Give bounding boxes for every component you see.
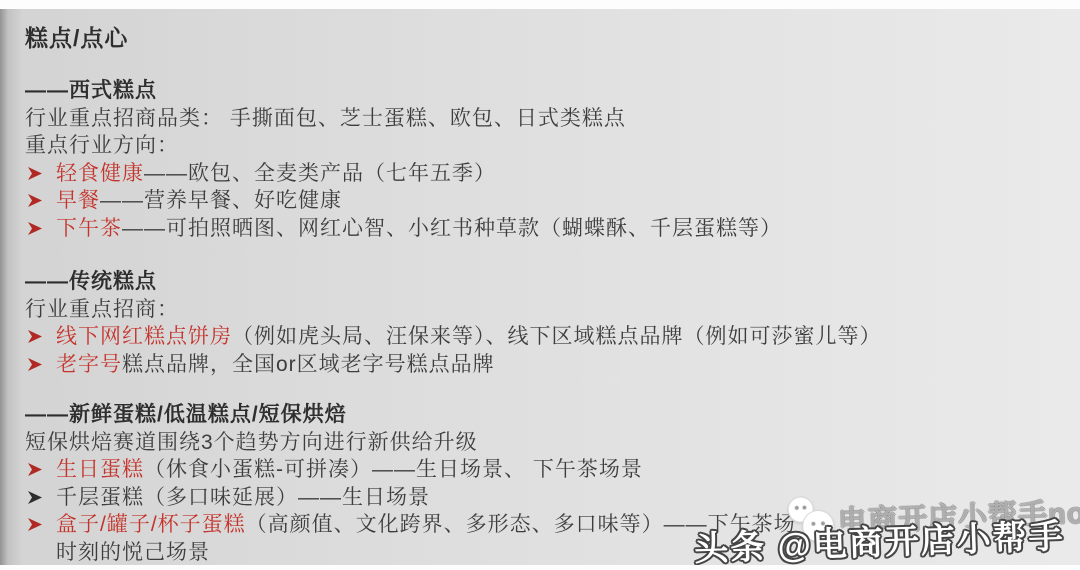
bullet-item: 线下网红糕点饼房（例如虎头局、汪保来等）、线下区域糕点品牌（例如可莎蜜儿等） xyxy=(25,323,1080,351)
arrow-bullet-icon xyxy=(27,215,43,243)
bullet-term: 生日蛋糕 xyxy=(56,456,144,484)
bullet-text: （例如虎头局、汪保来等）、线下区域糕点品牌（例如可莎蜜儿等） xyxy=(232,323,882,351)
bullet-term: 盒子/罐子/杯子蛋糕 xyxy=(56,511,246,539)
top-white-strip xyxy=(0,0,1080,9)
bullet-text: （多口味延展）——生日场景 xyxy=(144,484,430,512)
intro-line: 行业重点招商： xyxy=(25,296,1080,324)
bullet-term: 线下网红糕点饼房 xyxy=(56,323,232,351)
bullet-item: 生日蛋糕（休食小蛋糕-可拼凑）——生日场景、 下午茶场景 xyxy=(25,456,1080,484)
bullet-item: 早餐——营养早餐、好吃健康 xyxy=(25,187,1080,215)
bullet-text: （休食小蛋糕-可拼凑）——生日场景、 下午茶场景 xyxy=(144,456,643,484)
page-title: 糕点/点心 xyxy=(25,23,1080,53)
bullet-item: 下午茶——可拍照晒图、网红心智、小红书种草款（蝴蝶酥、千层蛋糕等） xyxy=(25,215,1080,243)
arrow-bullet-icon xyxy=(27,351,43,379)
section-heading: ——新鲜蛋糕/低温糕点/短保烘焙 xyxy=(25,401,1080,429)
bullet-term: 早餐 xyxy=(56,187,100,215)
arrow-bullet-icon xyxy=(27,160,43,188)
bullet-term: 下午茶 xyxy=(56,215,122,243)
arrow-bullet-icon xyxy=(27,456,43,484)
bottom-white-strip xyxy=(0,565,1080,570)
arrow-bullet-icon xyxy=(27,484,43,512)
section-heading: ——传统糕点 xyxy=(25,268,1080,296)
bullet-term: 轻食健康 xyxy=(56,160,144,188)
bullet-text: 糕点品牌，全国or区域老字号糕点品牌 xyxy=(122,351,495,379)
bullet-term: 千层蛋糕 xyxy=(56,484,144,512)
bullet-item: 轻食健康——欧包、全麦类产品（七年五季） xyxy=(25,160,1080,188)
section-heading: ——西式糕点 xyxy=(25,77,1080,105)
bullet-term: 老字号 xyxy=(56,351,122,379)
section-western-pastry: ——西式糕点 行业重点招商品类： 手撕面包、芝士蛋糕、欧包、日式类糕点 重点行业… xyxy=(25,77,1080,242)
bullet-text: ——营养早餐、好吃健康 xyxy=(100,187,342,215)
document-body: 糕点/点心 ——西式糕点 行业重点招商品类： 手撕面包、芝士蛋糕、欧包、日式类糕… xyxy=(25,9,1080,566)
arrow-bullet-icon xyxy=(27,323,43,351)
left-edge-shadow xyxy=(0,0,22,570)
bullet-text: ——欧包、全麦类产品（七年五季） xyxy=(144,160,496,188)
intro-line: 短保烘焙赛道围绕3个趋势方向进行新供给升级 xyxy=(25,429,1080,457)
arrow-bullet-icon xyxy=(27,187,43,215)
bullet-item: 老字号糕点品牌，全国or区域老字号糕点品牌 xyxy=(25,351,1080,379)
intro-line: 行业重点招商品类： 手撕面包、芝士蛋糕、欧包、日式类糕点 xyxy=(25,105,1080,133)
bullet-text: ——可拍照晒图、网红心智、小红书种草款（蝴蝶酥、千层蛋糕等） xyxy=(122,215,782,243)
arrow-bullet-icon xyxy=(27,511,43,539)
section-traditional-pastry: ——传统糕点 行业重点招商： 线下网红糕点饼房（例如虎头局、汪保来等）、线下区域… xyxy=(25,268,1080,378)
intro-line: 重点行业方向： xyxy=(25,132,1080,160)
